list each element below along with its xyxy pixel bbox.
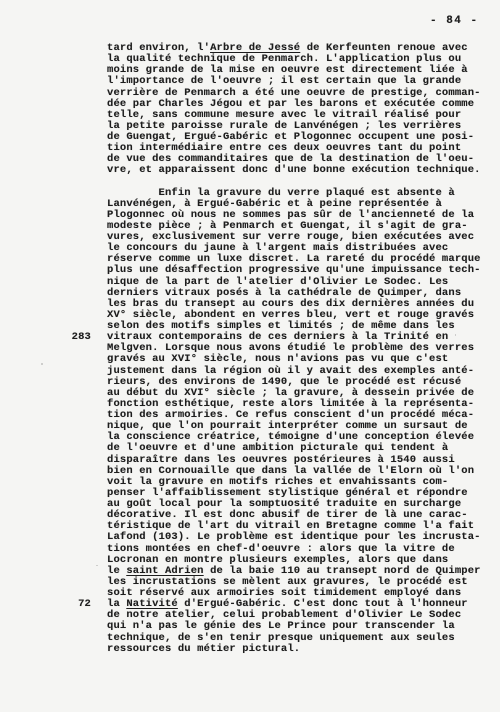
margin-reference: 283 [55, 332, 91, 343]
text-block: tard environ, l'Arbre de Jessé de Kerfeu… [107, 43, 487, 655]
text-segment: ressources du métier pictural. [107, 643, 300, 655]
text-line: vre, et apparaissent donc d'une bonne ex… [107, 165, 487, 176]
scan-dust-speck [206, 442, 208, 443]
scan-dust-speck [41, 363, 43, 365]
scan-dust-speck [96, 565, 98, 566]
scan-dust-speck [455, 334, 456, 336]
text-line: ressources du métier pictural. [107, 644, 487, 655]
document-page: - 84 - tard environ, l'Arbre de Jessé de… [0, 0, 500, 712]
margin-reference: 72 [55, 599, 91, 610]
scan-dust-speck [268, 104, 270, 106]
page-number: - 84 - [430, 15, 479, 27]
text-segment: vre, et apparaissent donc d'une bonne ex… [107, 164, 481, 176]
